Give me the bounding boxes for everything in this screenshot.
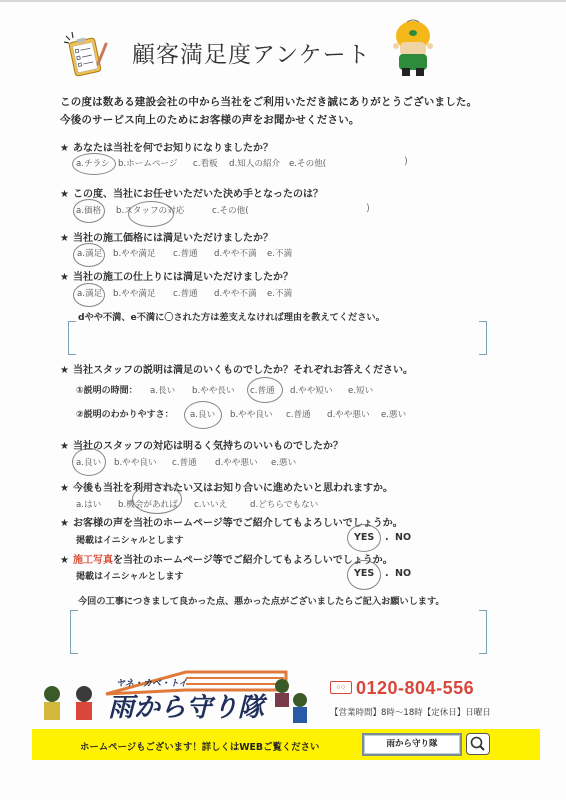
question-1-text: あなたは当社を何でお知りになりましたか？ — [73, 143, 273, 154]
close-paren: ) — [366, 203, 370, 214]
question-2: ★この度、当社にお任せいただいた決め手となったのは？ — [60, 185, 323, 200]
explanation-time-label: ①説明の時間： — [76, 383, 138, 396]
character-1-icon — [44, 686, 60, 720]
intro-line-2: 今後のサービス向上のためにお客様の声をお聞かせください。 — [60, 112, 360, 127]
option-c[interactable]: c.看板 — [193, 157, 218, 169]
selection-circle — [72, 448, 106, 476]
consent-photo-note: 掲載はイニシャルとします — [76, 569, 183, 582]
option-b[interactable]: b.やや良い — [114, 456, 157, 468]
consent-voice-separator: . — [385, 532, 389, 543]
option-c[interactable]: c.普通 — [172, 456, 197, 468]
question-4-options: a.満足 b.やや満足 c.普通 d.やや不満 e.不満 — [77, 287, 497, 301]
question-2-options: a.価格 b.スタッフの対応 c.その他( ) — [76, 204, 496, 218]
question-4: ★当社の施工の仕上りには満足いただけましたか？ — [60, 268, 293, 283]
comments-field[interactable] — [78, 610, 478, 652]
explanation-clarity-label: ②説明のわかりやすさ： — [76, 407, 174, 420]
consent-photo-separator: . — [385, 568, 389, 579]
star-icon: ★ — [60, 365, 69, 376]
option-d[interactable]: d.どちらでもない — [250, 498, 318, 510]
option-a[interactable]: a.長い — [150, 384, 175, 396]
selection-circle — [184, 401, 222, 429]
option-e[interactable]: e.悪い — [381, 408, 406, 420]
option-d[interactable]: d.やや不満 — [214, 247, 257, 259]
option-d[interactable]: d.やや悪い — [327, 408, 370, 420]
reason-field[interactable] — [76, 321, 478, 353]
selection-circle — [132, 484, 182, 514]
option-b[interactable]: b.やや長い — [192, 384, 235, 396]
option-c[interactable]: c.いいえ — [194, 498, 227, 510]
selection-circle — [347, 524, 381, 552]
question-staff-attitude: ★当社のスタッフの対応は明るく気持ちのいいものでしたか？ — [60, 437, 343, 452]
character-3-icon — [275, 679, 289, 707]
question-6-text: 当社のスタッフの対応は明るく気持ちのいいものでしたか？ — [73, 441, 343, 452]
option-a[interactable]: a.はい — [76, 498, 101, 510]
staff-attitude-options: a.良い b.やや良い c.普通 d.やや悪い e.悪い — [76, 456, 376, 470]
search-button[interactable] — [466, 733, 490, 755]
option-c[interactable]: c.その他( — [212, 204, 249, 216]
option-b[interactable]: b.やや満足 — [113, 247, 156, 259]
question-consent-voice: ★お客様の声を当社のホームページ等でご紹介してもよろしいでしょうか。 — [60, 514, 403, 529]
star-icon: ★ — [60, 483, 69, 494]
search-input[interactable]: 雨から守り隊 — [362, 733, 462, 756]
option-b[interactable]: b.やや良い — [230, 408, 273, 420]
option-d[interactable]: d.知人の紹介 — [229, 157, 280, 169]
explanation-clarity-options: a.良い b.やや良い c.普通 d.やや悪い e.悪い — [190, 408, 490, 422]
consent-voice-note: 掲載はイニシャルとします — [76, 533, 183, 546]
question-1-options: a.チラシ b.ホームページ c.看板 d.知人の紹介 e.その他( ) — [76, 157, 496, 171]
free-dial-icon: ○○ — [330, 681, 352, 694]
star-icon: ★ — [60, 441, 69, 452]
option-c[interactable]: c.普通 — [173, 287, 198, 299]
star-icon: ★ — [60, 233, 69, 244]
search-icon — [467, 734, 489, 754]
option-d[interactable]: d.やや悪い — [215, 456, 258, 468]
question-4-text: 当社の施工の仕上りには満足いただけましたか？ — [73, 272, 293, 283]
question-5-text: 当社スタッフの説明は満足のいくものでしたか？それぞれお答えください。 — [73, 365, 413, 376]
option-e[interactable]: e.不満 — [267, 247, 292, 259]
survey-page: 顧客満足度アンケート この度は数ある建設会社の中から当社をご利用いただき誠にあり… — [0, 0, 566, 800]
reuse-options: a.はい b.機会があれば c.いいえ d.どちらでもない — [76, 498, 376, 512]
highlight-text: 施工写真 — [73, 555, 113, 566]
svg-text:ヤネ・カベ・トイ: ヤネ・カベ・トイ — [116, 678, 187, 689]
selection-circle — [247, 377, 283, 403]
option-c[interactable]: c.普通 — [286, 408, 311, 420]
option-e[interactable]: e.短い — [348, 384, 373, 396]
star-icon: ★ — [60, 518, 69, 529]
reason-bracket-left — [68, 321, 76, 355]
intro-line-1: この度は数ある建設会社の中から当社をご利用いただき誠にありがとうございました。 — [60, 94, 477, 109]
character-2-icon — [76, 686, 92, 720]
question-7-text: 今後も当社を利用されたい又はお知り合いに進めたいと思われますか。 — [73, 483, 393, 494]
selection-circle — [73, 243, 105, 267]
selection-circle — [73, 199, 105, 223]
selection-circle — [347, 560, 381, 590]
svg-text:雨から守り隊: 雨から守り隊 — [108, 693, 268, 723]
reason-bracket-right — [479, 321, 487, 355]
question-3: ★当社の施工価格には満足いただけましたか？ — [60, 229, 273, 244]
mascot-icon — [390, 18, 436, 80]
character-4-icon — [293, 693, 307, 723]
question-1: ★あなたは当社を何でお知りになりましたか？ — [60, 139, 273, 154]
consent-voice-no[interactable]: NO — [395, 532, 411, 543]
selection-circle — [73, 283, 105, 307]
consent-photo-no[interactable]: NO — [395, 568, 411, 579]
comments-bracket-right — [479, 610, 487, 654]
business-hours: 【営業時間】8時～18時【定休日】日曜日 — [330, 706, 491, 718]
comments-prompt: 今回の工事につきまして良かった点、悪かった点がございましたらご記入お願いします。 — [78, 593, 445, 607]
star-icon: ★ — [60, 189, 69, 200]
question-staff-explanation: ★当社スタッフの説明は満足のいくものでしたか？それぞれお答えください。 — [60, 361, 413, 376]
option-d[interactable]: d.やや不満 — [214, 287, 257, 299]
close-paren: ) — [404, 156, 408, 167]
star-icon: ★ — [60, 272, 69, 283]
question-consent-photo: ★施工写真を当社のホームページ等でご紹介してもよろしいでしょうか。 — [60, 551, 393, 566]
clipboard-icon — [62, 30, 108, 80]
question-3-options: a.満足 b.やや満足 c.普通 d.やや不満 e.不満 — [77, 247, 497, 261]
question-2-text: この度、当社にお任せいただいた決め手となったのは？ — [73, 189, 323, 200]
question-3-text: 当社の施工価格には満足いただけましたか？ — [73, 233, 273, 244]
option-b[interactable]: b.やや満足 — [113, 287, 156, 299]
comments-bracket-left — [70, 610, 78, 654]
option-d[interactable]: d.やや短い — [290, 384, 333, 396]
option-e[interactable]: e.悪い — [271, 456, 296, 468]
page-title: 顧客満足度アンケート — [132, 36, 371, 69]
option-c[interactable]: c.普通 — [173, 247, 198, 259]
selection-circle — [128, 201, 174, 227]
explanation-time-options: a.長い b.やや長い c.普通 d.やや短い e.短い — [150, 384, 470, 398]
star-icon: ★ — [60, 555, 69, 566]
web-banner-text: ホームページもございます！詳しくはWEBご覧ください — [80, 739, 319, 753]
option-b[interactable]: b.ホームページ — [118, 157, 178, 169]
scan-edge — [0, 0, 566, 2]
star-icon: ★ — [60, 143, 69, 154]
option-e[interactable]: e.その他( — [289, 157, 326, 169]
question-reuse: ★今後も当社を利用されたい又はお知り合いに進めたいと思われますか。 — [60, 479, 393, 494]
option-e[interactable]: e.不満 — [267, 287, 292, 299]
selection-circle — [72, 153, 116, 175]
company-logo: ヤネ・カベ・トイ 雨から守り隊 — [36, 664, 316, 728]
phone-number[interactable]: ○○0120-804-556 — [330, 678, 474, 699]
